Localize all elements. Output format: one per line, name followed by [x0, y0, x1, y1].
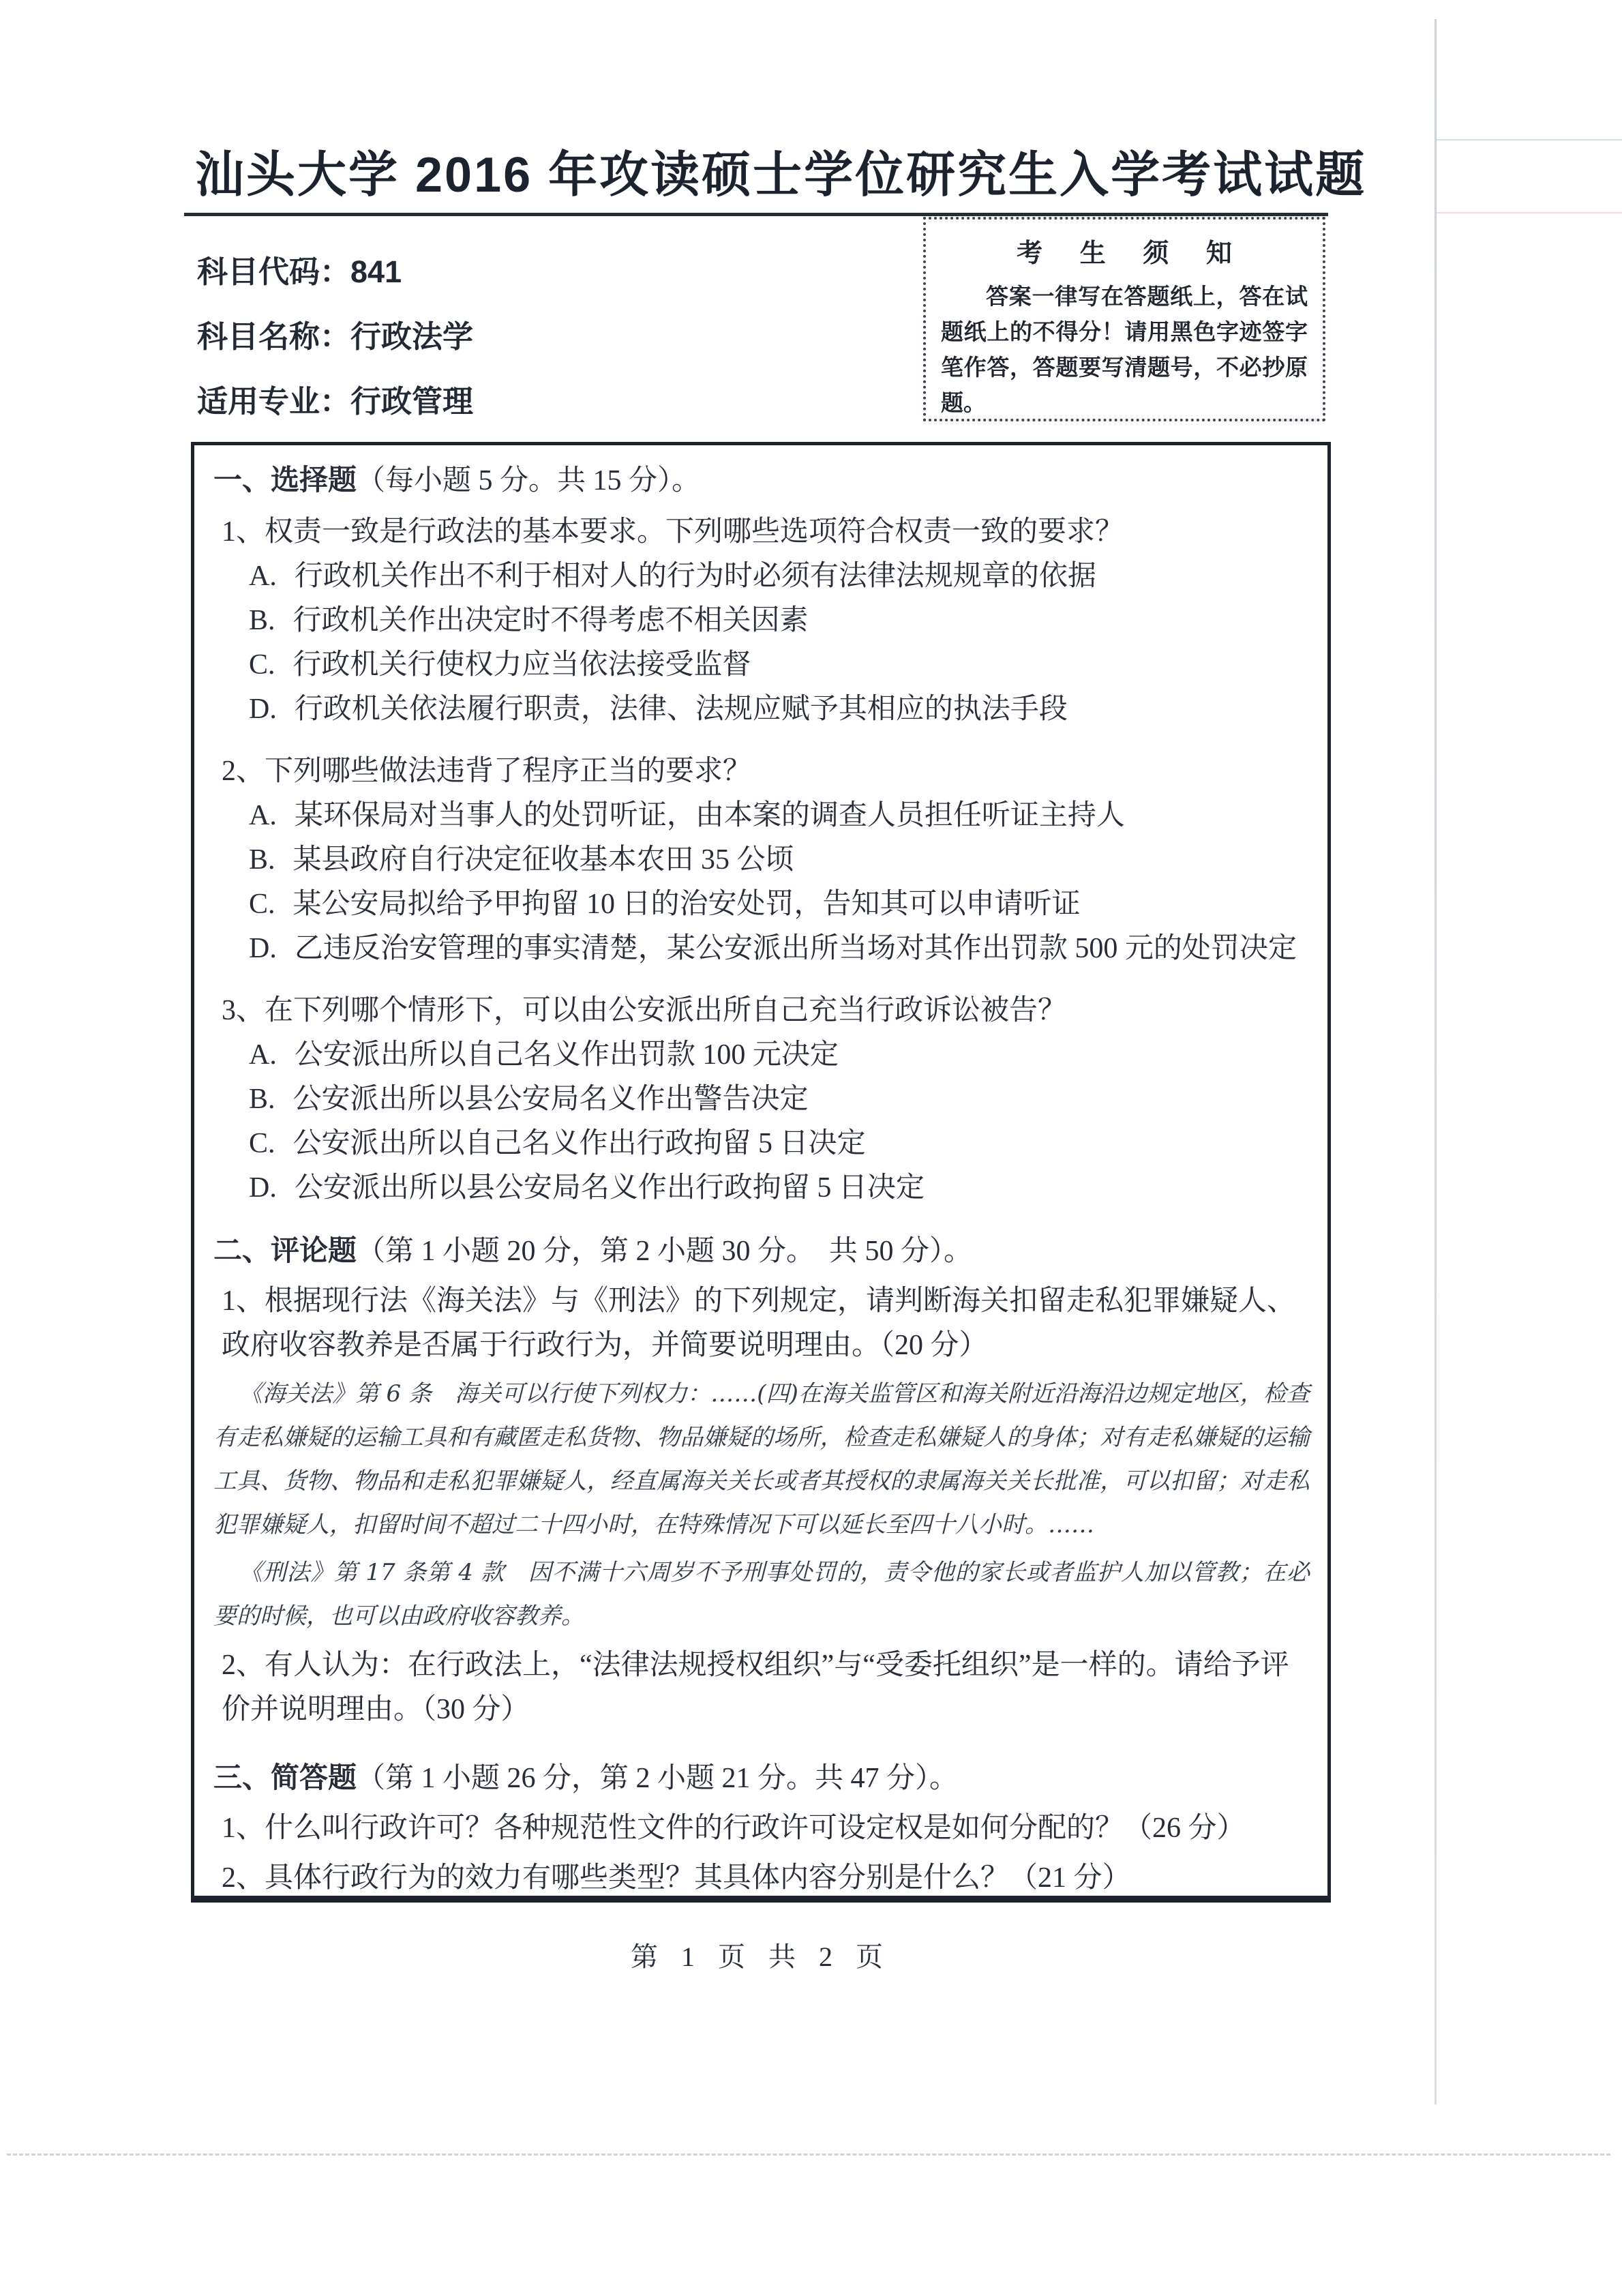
applicable-major-value: 行政管理	[350, 384, 473, 419]
option-text: 某县政府自行决定征收基本农田 35 公顷	[293, 844, 794, 876]
question-2-option-c: C.某公安局拟给予甲拘留 10 日的治安处罚，告知其可以申请听证	[213, 882, 1310, 927]
option-text: 公安派出所以县公安局名义作出行政拘留 5 日决定	[295, 1172, 925, 1204]
subject-name-value: 行政法学	[350, 319, 473, 354]
applicable-major-row: 适用专业：行政管理	[197, 382, 473, 421]
question-1-option-d: D.行政机关依法履行职责，法律、法规应赋予其相应的执法手段	[213, 687, 1310, 732]
question-1-stem: 1、权责一致是行政法的基本要求。下列哪些选项符合权责一致的要求？	[213, 510, 1310, 554]
page-title: 汕头大学 2016 年攻读硕士学位研究生入学考试试题	[195, 135, 1366, 206]
option-letter: B.	[249, 1077, 275, 1122]
question-2-option-d: D.乙违反治安管理的事实清楚，某公安派出所当场对其作出罚款 500 元的处罚决定	[213, 927, 1310, 971]
question-3-stem: 3、在下列哪个情形下，可以由公安派出所自己充当行政诉讼被告？	[213, 989, 1310, 1033]
option-letter: A.	[249, 1033, 277, 1077]
section-1-heading: 一、选择题（每小题 5 分。共 15 分）。	[213, 459, 1310, 503]
section-1-heading-label: 一、选择题	[213, 465, 357, 496]
subject-name-label: 科目名称：	[197, 319, 350, 354]
essay-question-1: 1、根据现行法《海关法》与《刑法》的下列规定，请判断海关扣留走私犯罪嫌疑人、政府…	[213, 1279, 1310, 1368]
scan-artifact-dotted-line	[7, 2153, 1610, 2156]
essay-question-2: 2、有人认为：在行政法上，“法律法规授权组织”与“受委托组织”是一样的。请给予评…	[213, 1643, 1310, 1732]
question-2-option-b: B.某县政府自行决定征收基本农田 35 公顷	[213, 838, 1310, 882]
option-letter: C.	[249, 882, 275, 927]
question-3-option-a: A.公安派出所以自己名义作出罚款 100 元决定	[213, 1033, 1310, 1077]
subject-meta: 科目代码：841 科目名称：行政法学 适用专业：行政管理	[197, 252, 473, 447]
question-3-option-c: C.公安派出所以自己名义作出行政拘留 5 日决定	[213, 1122, 1310, 1166]
option-text: 公安派出所以县公安局名义作出警告决定	[293, 1084, 809, 1115]
question-2-option-a: A.某环保局对当事人的处罚听证，由本案的调查人员担任听证主持人	[213, 794, 1310, 838]
question-3-option-d: D.公安派出所以县公安局名义作出行政拘留 5 日决定	[213, 1166, 1310, 1210]
scan-artifact-teal-line	[1436, 139, 1622, 140]
option-text: 某环保局对当事人的处罚听证，由本案的调查人员担任听证主持人	[295, 800, 1125, 831]
option-text: 行政机关作出决定时不得考虑不相关因素	[293, 605, 809, 636]
question-box: 一、选择题（每小题 5 分。共 15 分）。 1、权责一致是行政法的基本要求。下…	[191, 442, 1331, 1903]
option-letter: D.	[249, 687, 277, 732]
question-1-option-c: C.行政机关行使权力应当依法接受监督	[213, 643, 1310, 687]
applicable-major-label: 适用专业：	[197, 384, 350, 419]
short-answer-question-1: 1、什么叫行政许可？各种规范性文件的行政许可设定权是如何分配的？（26 分）	[213, 1806, 1310, 1851]
subject-name-row: 科目名称：行政法学	[197, 317, 473, 357]
question-3-option-b: B.公安派出所以县公安局名义作出警告决定	[213, 1077, 1310, 1122]
option-letter: B.	[249, 599, 275, 643]
option-text: 行政机关依法履行职责，法律、法规应赋予其相应的执法手段	[295, 694, 1068, 725]
option-letter: A.	[249, 554, 277, 599]
section-2-heading-label: 二、评论题	[213, 1236, 357, 1267]
notice-box: 考 生 须 知 答案一律写在答题纸上，答在试题纸上的不得分！请用黑色字迹签字笔作…	[923, 217, 1325, 421]
option-text: 公安派出所以自己名义作出罚款 100 元决定	[295, 1039, 839, 1071]
short-answer-question-2: 2、具体行政行为的效力有哪些类型？其具体内容分别是什么？（21 分）	[213, 1856, 1310, 1900]
option-letter: C.	[249, 1122, 275, 1166]
scan-artifact-vertical-line	[1435, 19, 1437, 2104]
question-2-stem: 2、下列哪些做法违背了程序正当的要求？	[213, 749, 1310, 794]
page-number: 第 1 页 共 2 页	[191, 1935, 1331, 1974]
option-letter: D.	[249, 927, 277, 971]
statute-quote-criminal-law: 《刑法》第 17 条第 4 款 因不满十六周岁不予刑事处罚的，责令他的家长或者监…	[213, 1551, 1310, 1638]
subject-code-label: 科目代码：	[197, 254, 350, 289]
statute-quote-customs-law: 《海关法》第 6 条 海关可以行使下列权力：……(四)在海关监管区和海关附近沿海…	[213, 1372, 1310, 1547]
subject-code-value: 841	[350, 254, 402, 289]
option-letter: C.	[249, 643, 275, 687]
scan-artifact-pink-line	[1436, 212, 1622, 213]
option-text: 行政机关行使权力应当依法接受监督	[293, 649, 751, 681]
notice-title: 考 生 须 知	[941, 232, 1308, 269]
option-letter: D.	[249, 1166, 277, 1210]
question-1-option-b: B.行政机关作出决定时不得考虑不相关因素	[213, 599, 1310, 643]
option-text: 公安派出所以自己名义作出行政拘留 5 日决定	[293, 1128, 866, 1159]
section-2-heading: 二、评论题（第 1 小题 20 分，第 2 小题 30 分。 共 50 分）。	[213, 1229, 1310, 1274]
question-1-option-a: A.行政机关作出不利于相对人的行为时必须有法律法规规章的依据	[213, 554, 1310, 599]
section-3-heading-label: 三、简答题	[213, 1763, 357, 1794]
notice-body: 答案一律写在答题纸上，答在试题纸上的不得分！请用黑色字迹签字笔作答，答题要写清题…	[941, 279, 1308, 421]
option-letter: A.	[249, 794, 277, 838]
option-letter: B.	[249, 838, 275, 882]
section-1-heading-note: （每小题 5 分。共 15 分）。	[357, 465, 700, 496]
subject-code-row: 科目代码：841	[197, 252, 473, 292]
section-2-heading-note: （第 1 小题 20 分，第 2 小题 30 分。 共 50 分）。	[357, 1236, 972, 1267]
title-rule	[184, 213, 1328, 216]
option-text: 乙违反治安管理的事实清楚，某公安派出所当场对其作出罚款 500 元的处罚决定	[295, 933, 1297, 964]
option-text: 行政机关作出不利于相对人的行为时必须有法律法规规章的依据	[295, 561, 1096, 592]
section-3-heading-note: （第 1 小题 26 分，第 2 小题 21 分。共 47 分）。	[357, 1763, 958, 1794]
option-text: 某公安局拟给予甲拘留 10 日的治安处罚，告知其可以申请听证	[293, 889, 1081, 920]
exam-paper-page: 汕头大学 2016 年攻读硕士学位研究生入学考试试题 科目代码：841 科目名称…	[0, 0, 1622, 2296]
section-3-heading: 三、简答题（第 1 小题 26 分，第 2 小题 21 分。共 47 分）。	[213, 1757, 1310, 1801]
